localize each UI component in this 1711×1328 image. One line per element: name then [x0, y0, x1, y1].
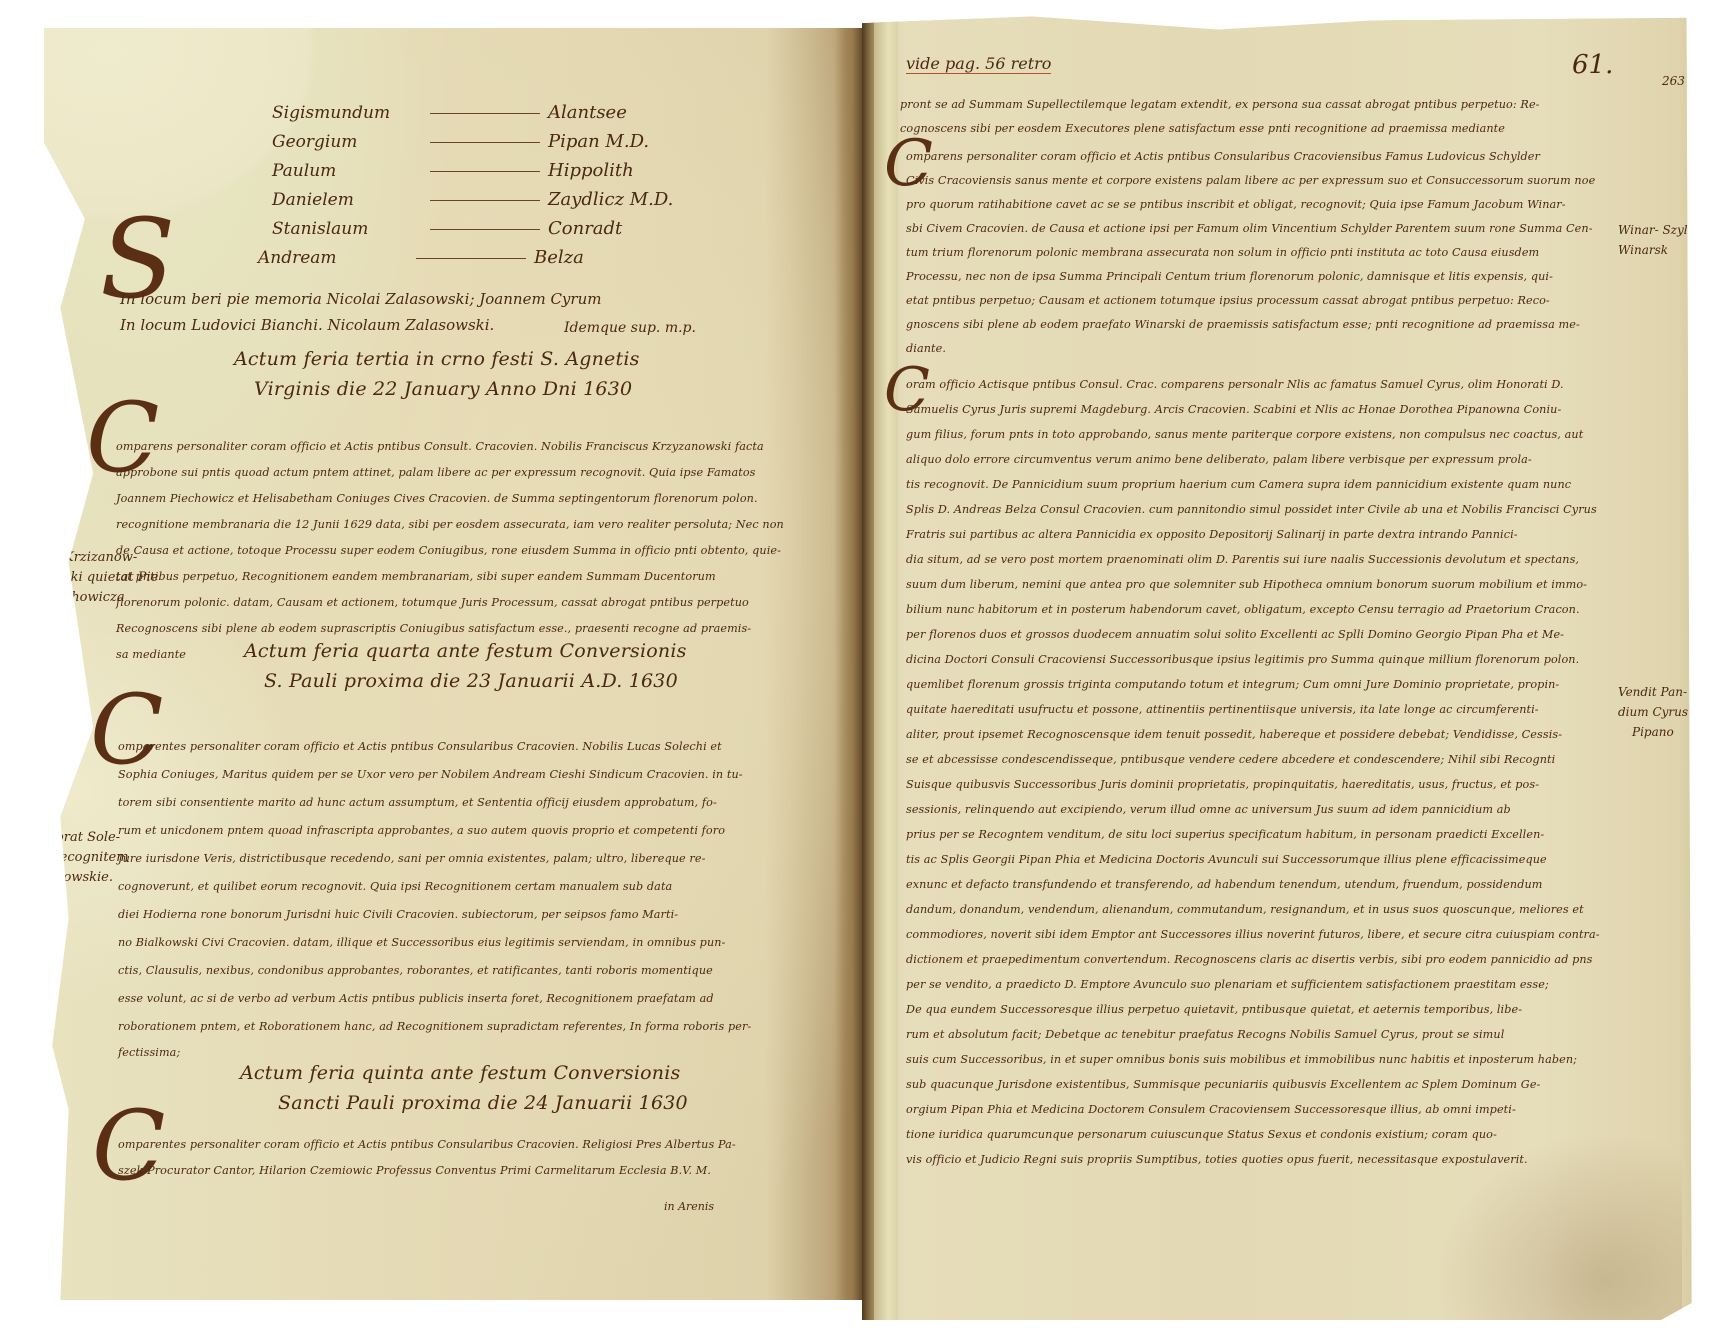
text-line: etat pntibus perpetuo; Causam et actione… [906, 294, 1550, 307]
text-line: omparens personaliter coram officio et A… [906, 150, 1540, 163]
name-list-row: PaulumHippolith [272, 160, 634, 181]
given-name: Stanislaum [272, 219, 430, 239]
text-line: ctis, Clausulis, nexibus, condonibus app… [118, 964, 713, 977]
text-line: Jure iurisdone Veris, districtibusque re… [118, 852, 705, 865]
page-number: 263 [1662, 74, 1685, 88]
text-line: Suisque quibusvis Successoribus Juris do… [906, 778, 1539, 791]
text-line: Splis D. Andreas Belza Consul Cracovien.… [906, 503, 1597, 516]
text-line: florenorum polonic. datam, Causam et act… [116, 596, 749, 609]
margin-note-line: Pipano [1618, 722, 1688, 742]
surname: Zaydlicz M.D. [548, 189, 673, 210]
water-stain [1422, 1120, 1682, 1320]
text-line: se et abcessisse condescendisseque, pnti… [906, 753, 1555, 766]
text-line: omparens personaliter coram officio et A… [116, 440, 764, 453]
text-line: dia situm, ad se vero post mortem praeno… [906, 553, 1579, 566]
text-line: per florenos duos et grossos duodecem an… [906, 628, 1564, 641]
entry-heading: Actum feria tertia in crno festi S. Agne… [234, 348, 640, 370]
leader-line [430, 229, 540, 230]
text-line: Sophia Coniuges, Maritus quidem per se U… [118, 768, 743, 781]
text-line: cognoscens sibi per eosdem Executores pl… [900, 122, 1505, 135]
given-name: Paulum [272, 161, 430, 181]
text-line: no Bialkowski Civi Cracovien. datam, ill… [118, 936, 725, 949]
name-list-row: StanislaumConradt [272, 218, 622, 239]
text-line: Processu, nec non de ipsa Summa Principa… [906, 270, 1553, 283]
text-line: sa mediante [116, 648, 186, 661]
text-line: sbi Civem Cracovien. de Causa et actione… [906, 222, 1593, 235]
given-name: Sigismundum [272, 103, 430, 123]
margin-note-line: Winar- Szylder [1618, 220, 1708, 240]
surname: Belza [534, 247, 584, 268]
text-line: Fratris sui partibus ac altera Pannicidi… [906, 528, 1518, 541]
text-line: diei Hodierna rone bonorum Jurisdni huic… [118, 908, 678, 921]
margin-note-line: Bialkowskie. [30, 868, 129, 888]
text-line: pront se ad Summam Supellectilemque lega… [900, 98, 1540, 111]
given-name: Andream [258, 248, 416, 268]
margin-note: Vendit Pan- dium Cyrus Pipano [1618, 682, 1688, 742]
text-line: exnunc et defacto transfundendo et trans… [906, 878, 1542, 891]
text-line: suis cum Successoribus, in et super omni… [906, 1053, 1577, 1066]
name-list-row: AndreamBelza [258, 247, 584, 268]
text-line: gnoscens sibi plene ab eodem praefato Wi… [906, 318, 1580, 331]
leader-line [430, 113, 540, 114]
entry-heading: Sancti Pauli proxima die 24 Januarii 163… [278, 1092, 688, 1114]
text-line: Samuelis Cyrus Juris supremi Magdeburg. … [906, 403, 1561, 416]
text-line: suum dum liberum, nemini que antea pro q… [906, 578, 1587, 591]
name-list-row: DanielemZaydlicz M.D. [272, 189, 673, 210]
text-line: dandum, donandum, vendendum, alienandum,… [906, 903, 1584, 916]
list-closing-line: In locum beri pie memoria Nicolai Zalaso… [120, 290, 601, 308]
decorative-initial-c: C [90, 682, 163, 778]
text-line: szek Procurator Cantor, Hilarion Czemiow… [118, 1164, 711, 1177]
text-line: omparentes personaliter coram officio et… [118, 740, 722, 753]
leader-line [430, 142, 540, 143]
text-line: De qua eundem Successoresque illius perp… [906, 1003, 1522, 1016]
surname: Pipan M.D. [548, 131, 649, 152]
text-line: fectissima; [118, 1046, 180, 1059]
text-line: aliquo dolo errore circumventus verum an… [906, 453, 1532, 466]
folio-number: 61. [1572, 50, 1613, 80]
right-page: vide pag. 56 retro 61. 263 pront se ad S… [862, 10, 1711, 1320]
text-line: gum filius, forum pnts in toto approband… [906, 428, 1583, 441]
gutter-shadow [834, 28, 864, 1300]
leader-line [430, 171, 540, 172]
text-line: rum et absolutum facit; Debetque ac tene… [906, 1028, 1504, 1041]
surname: Conradt [548, 218, 622, 239]
signature: Idemque sup. m.p. [564, 320, 696, 336]
entry-heading: Actum feria quarta ante festum Conversio… [244, 640, 687, 662]
margin-note: Winar- Szylder Winarsk [1618, 220, 1708, 260]
given-name: Danielem [272, 190, 430, 210]
text-line: tum trium florenorum polonic membrana as… [906, 246, 1539, 259]
left-page: SigismundumAlantsee GeorgiumPipan M.D. P… [44, 28, 864, 1300]
list-closing-line: In locum Ludovici Bianchi. Nicolaum Zala… [120, 316, 494, 334]
text-line: torem sibi consentiente marito ad hunc a… [118, 796, 717, 809]
margin-note-line: Roborat Sole- [30, 828, 129, 848]
margin-note-line: Vendit Pan- [1618, 682, 1688, 702]
text-line: pro quorum ratihabitione cavet ac se se … [906, 198, 1566, 211]
leader-line [430, 200, 540, 201]
text-line: roborationem pntem, et Roborationem hanc… [118, 1020, 751, 1033]
text-line: dicina Doctori Consuli Cracoviensi Succe… [906, 653, 1579, 666]
catchword: in Arenis [664, 1200, 714, 1213]
entry-heading: S. Pauli proxima die 23 Januarii A.D. 16… [264, 670, 678, 692]
entry-heading: Virginis die 22 January Anno Dni 1630 [254, 378, 632, 400]
given-name: Georgium [272, 132, 430, 152]
text-line: per se vendito, a praedicto D. Emptore A… [906, 978, 1549, 991]
text-line: Joannem Piechowicz et Helisabetham Coniu… [116, 492, 758, 505]
surname: Hippolith [548, 160, 634, 181]
text-line: orgium Pipan Phia et Medicina Doctorem C… [906, 1103, 1516, 1116]
text-line: quemlibet florenum grossis triginta comp… [906, 678, 1559, 691]
text-line: tis ac Splis Georgii Pipan Phia et Medic… [906, 853, 1547, 866]
margin-note-line: Winarsk [1618, 240, 1708, 260]
text-line: tis recognovit. De Pannicidium suum prop… [906, 478, 1571, 491]
text-line: esse volunt, ac si de verbo ad verbum Ac… [118, 992, 714, 1005]
margin-note: Roborat Sole- cki recognitem Bialkowskie… [30, 828, 129, 888]
text-line: Civis Cracoviensis sanus mente et corpor… [906, 174, 1595, 187]
text-line: aliter, prout ipsemet Recognoscensque id… [906, 728, 1562, 741]
text-line: bilium nunc habitorum et in posterum hab… [906, 603, 1580, 616]
text-line: tione iuridica quarumcunque personarum c… [906, 1128, 1497, 1141]
text-line: recognitione membranaria die 12 Junii 16… [116, 518, 784, 531]
text-line: omparentes personaliter coram officio et… [118, 1138, 736, 1151]
leader-line [416, 258, 526, 259]
cross-reference-note: vide pag. 56 retro [906, 54, 1051, 74]
text-line: de Causa et actione, totoque Processu su… [116, 544, 781, 557]
binding-strip [874, 10, 898, 1320]
text-line: sub quacunque Jurisdone existentibus, Su… [906, 1078, 1540, 1091]
text-line: quitate haereditati usufructu et possone… [906, 703, 1539, 716]
text-line: prius per se Recogntem venditum, de situ… [906, 828, 1544, 841]
text-line: tat pntibus perpetuo, Recognitionem eand… [116, 570, 716, 583]
text-line: dictionem et praepedimentum convertendum… [906, 953, 1593, 966]
text-line: approbone sui pntis quoad actum pntem at… [116, 466, 756, 479]
text-line: oram officio Actisque pntibus Consul. Cr… [906, 378, 1564, 391]
margin-note-line: dium Cyrus [1618, 702, 1688, 722]
name-list-row: GeorgiumPipan M.D. [272, 131, 649, 152]
name-list-row: SigismundumAlantsee [272, 102, 627, 123]
manuscript-spread: SigismundumAlantsee GeorgiumPipan M.D. P… [0, 0, 1711, 1328]
text-line: sessionis, relinquendo aut excipiendo, v… [906, 803, 1511, 816]
text-line: cognoverunt, et quilibet eorum recognovi… [118, 880, 672, 893]
text-line: rum et unicdonem pntem quoad infrascript… [118, 824, 725, 837]
text-line: diante. [906, 342, 946, 355]
text-line: Recognoscens sibi plene ab eodem suprasc… [116, 622, 751, 635]
text-line: commodiores, noverit sibi idem Emptor an… [906, 928, 1600, 941]
margin-note-line: cki recognitem [30, 848, 129, 868]
entry-heading: Actum feria quinta ante festum Conversio… [240, 1062, 680, 1084]
text-line: vis officio et Judicio Regni suis propri… [906, 1153, 1528, 1166]
surname: Alantsee [548, 102, 627, 123]
